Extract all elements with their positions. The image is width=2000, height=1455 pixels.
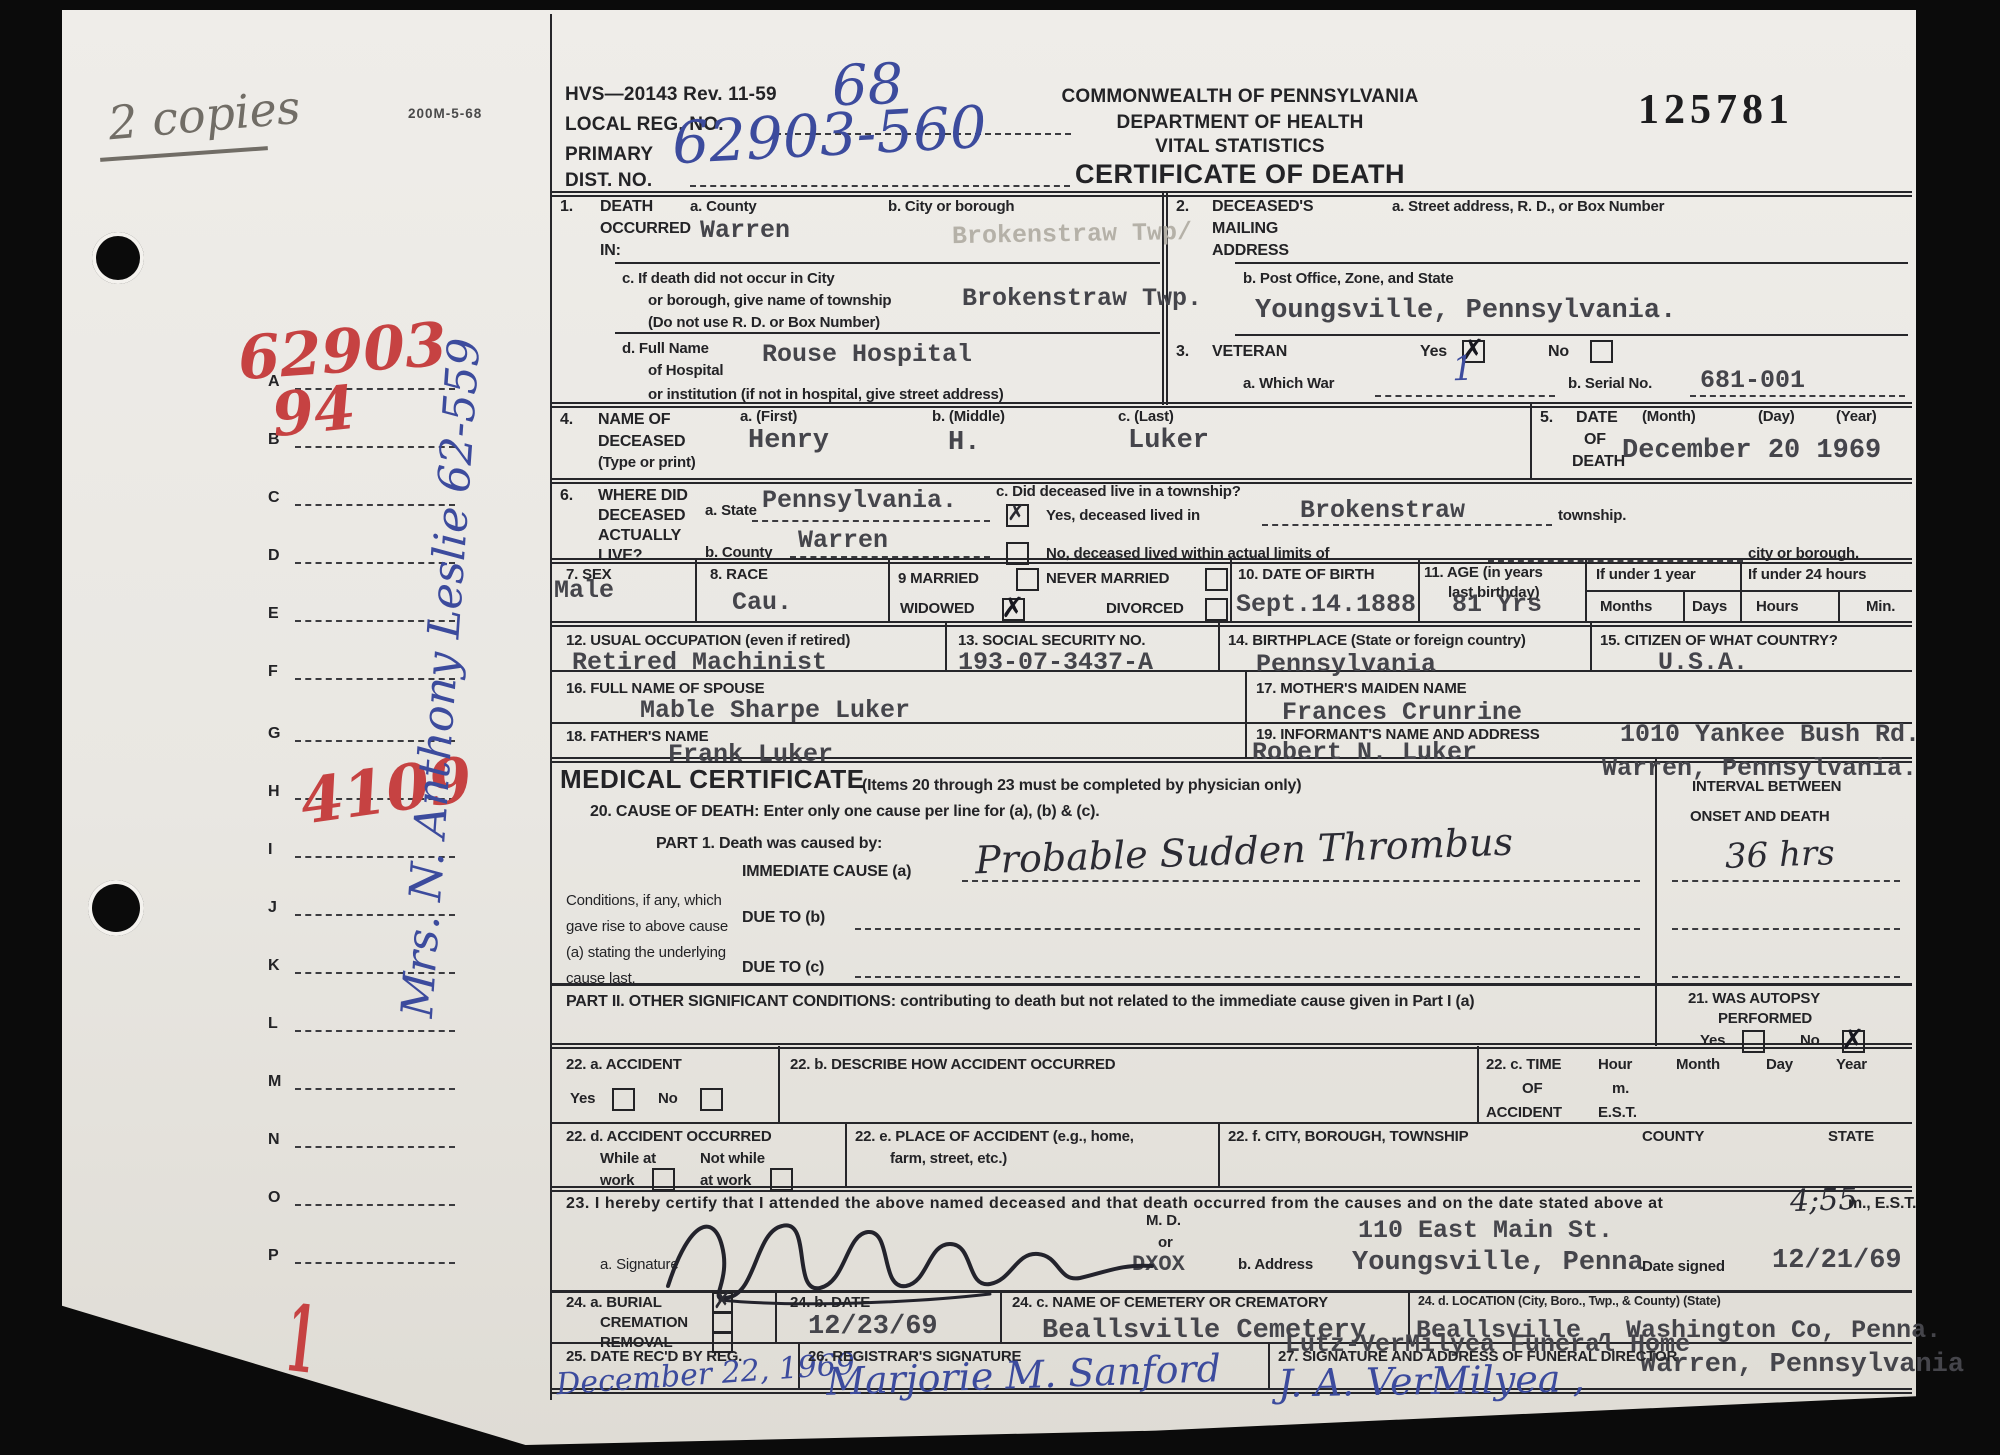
s11-under1yr-label: If under 1 year bbox=[1596, 566, 1696, 584]
index-letter-i: I bbox=[268, 840, 272, 859]
divider bbox=[845, 1122, 847, 1186]
s22a-label: 22. a. ACCIDENT bbox=[566, 1056, 682, 1074]
s22d-atwork-checkbox[interactable] bbox=[770, 1168, 793, 1191]
s20-due-c-line bbox=[855, 976, 1640, 978]
s1c-label-1: c. If death did not occur in City bbox=[622, 270, 835, 288]
s6c-no-checkbox[interactable] bbox=[1006, 542, 1029, 565]
s2-number: 2. bbox=[1176, 197, 1189, 216]
s4a-label: a. (First) bbox=[740, 408, 797, 426]
s20-interval-line-b bbox=[1672, 928, 1900, 930]
index-letter-n: N bbox=[268, 1130, 279, 1149]
s10-label: 10. DATE OF BIRTH bbox=[1238, 566, 1374, 584]
divider bbox=[550, 983, 1912, 986]
medical-subtitle: (Items 20 through 23 must be completed b… bbox=[862, 776, 1301, 795]
s24c-label: 24. c. NAME OF CEMETERY OR CREMATORY bbox=[1012, 1294, 1328, 1312]
s10-value: Sept.14.1888 bbox=[1236, 592, 1416, 617]
s3-war-line bbox=[1375, 395, 1555, 397]
index-letter-l: L bbox=[268, 1014, 278, 1033]
s3-label: VETERAN bbox=[1212, 342, 1287, 361]
s8-value: Cau. bbox=[732, 590, 792, 615]
s6-label-1: WHERE DID bbox=[598, 486, 688, 505]
divider bbox=[1838, 590, 1840, 623]
s1b-faint-stamp: Brokenstraw Twp/ bbox=[952, 220, 1192, 249]
s23-date-signed-label: Date signed bbox=[1642, 1258, 1725, 1276]
divider bbox=[615, 332, 1160, 334]
s6c-yes-value: Brokenstraw bbox=[1300, 498, 1465, 523]
margin-red-number-b: 94 bbox=[269, 378, 358, 446]
index-letter-o: O bbox=[268, 1188, 280, 1207]
s22e-label-2: farm, street, etc.) bbox=[890, 1150, 1007, 1168]
s6a-label: a. State bbox=[705, 502, 757, 520]
index-letter-j: J bbox=[268, 898, 277, 917]
divider bbox=[550, 1388, 1912, 1394]
s22c-est-label: E.S.T. bbox=[1598, 1104, 1637, 1122]
s3-war-label: a. Which War bbox=[1243, 375, 1334, 393]
s4-number: 4. bbox=[560, 410, 573, 429]
s6-label-2: DECEASED bbox=[598, 506, 685, 525]
s1-label-3: IN: bbox=[600, 241, 621, 260]
s1c-value: Brokenstraw Twp. bbox=[962, 286, 1202, 311]
s6c-township-label: township. bbox=[1558, 507, 1626, 525]
s22c-year-label: Year bbox=[1836, 1056, 1867, 1074]
s6c-no-line bbox=[1488, 560, 1743, 562]
s20-label: 20. CAUSE OF DEATH: Enter only one cause… bbox=[590, 802, 1100, 821]
s20-immediate-label: IMMEDIATE CAUSE (a) bbox=[742, 862, 911, 881]
divider bbox=[550, 621, 1912, 627]
divider bbox=[1268, 1342, 1270, 1390]
s6b-line bbox=[790, 556, 990, 558]
index-line bbox=[295, 1030, 455, 1032]
department-line: DEPARTMENT OF HEALTH bbox=[1116, 112, 1363, 135]
dist-no-label: DIST. NO. bbox=[565, 170, 652, 193]
s20-due-c-label: DUE TO (c) bbox=[742, 958, 824, 977]
s9-married-label: 9 MARRIED bbox=[898, 570, 979, 588]
divider bbox=[1218, 623, 1220, 670]
index-line bbox=[295, 1088, 455, 1090]
stub-divider bbox=[550, 14, 552, 1400]
s2a-label: a. Street address, R. D., or Box Number bbox=[1392, 198, 1664, 216]
s1d-label-2: of Hospital bbox=[648, 362, 723, 380]
s4-label-3: (Type or print) bbox=[598, 454, 696, 472]
s9-married-checkbox[interactable] bbox=[1016, 568, 1039, 591]
divider bbox=[1530, 402, 1532, 480]
s20-interval-line-c bbox=[1672, 976, 1900, 978]
funeral-city-typed: Warren, Pennsylvania bbox=[1640, 1352, 1964, 1379]
s1b-label: b. City or borough bbox=[888, 198, 1014, 216]
index-letter-k: K bbox=[268, 956, 279, 975]
divider bbox=[945, 623, 947, 670]
divider bbox=[1683, 590, 1685, 623]
s22a-no-checkbox[interactable] bbox=[700, 1088, 723, 1111]
index-letter-h: H bbox=[268, 782, 279, 801]
medical-title: MEDICAL CERTIFICATE bbox=[560, 764, 865, 795]
s2-label-2: MAILING bbox=[1212, 219, 1278, 238]
s6c-label: c. Did deceased live in a township? bbox=[996, 483, 1241, 501]
s20-conditions-3: (a) stating the underlying bbox=[566, 944, 726, 962]
s2-label-1: DECEASED'S bbox=[1212, 197, 1313, 216]
s6-label-3: ACTUALLY bbox=[598, 526, 681, 545]
s22c-label-2: OF bbox=[1522, 1080, 1542, 1098]
s16-value: Mable Sharpe Luker bbox=[640, 698, 910, 723]
s1d-label-3: or institution (if not in hospital, give… bbox=[648, 386, 1004, 404]
divider bbox=[1590, 623, 1592, 670]
divider bbox=[1418, 560, 1420, 623]
s4-label-2: DECEASED bbox=[598, 432, 685, 451]
s6-number: 6. bbox=[560, 486, 573, 505]
divider bbox=[888, 560, 890, 623]
s21-yes-checkbox[interactable] bbox=[1742, 1030, 1765, 1053]
s22d-notwhile-label: Not while bbox=[700, 1150, 765, 1168]
s1c-label-2: or borough, give name of township bbox=[648, 292, 891, 310]
s3-number: 3. bbox=[1176, 342, 1189, 361]
s8-label: 8. RACE bbox=[710, 566, 768, 584]
s22d-work-label: work bbox=[600, 1172, 634, 1190]
divider bbox=[1477, 1046, 1479, 1122]
s9-never-married-checkbox[interactable] bbox=[1205, 568, 1228, 591]
s19-address-1: 1010 Yankee Bush Rd. bbox=[1620, 722, 1920, 747]
s5-label-1: DATE bbox=[1576, 408, 1618, 427]
s22c-month-label: Month bbox=[1676, 1056, 1720, 1074]
s3-serial-line bbox=[1690, 395, 1905, 397]
s20-due-b-line bbox=[855, 928, 1640, 930]
s14-value: Pennsylvania bbox=[1256, 652, 1436, 677]
s23-time-suffix: m., E.S.T. bbox=[1848, 1194, 1916, 1213]
s4c-value: Luker bbox=[1128, 428, 1209, 455]
physician-signature-scribble bbox=[660, 1202, 1160, 1307]
s1a-value: Warren bbox=[700, 218, 790, 243]
s4b-label: b. (Middle) bbox=[932, 408, 1005, 426]
s24-burial-label: 24. a. BURIAL bbox=[566, 1294, 662, 1312]
s11-under24h-label: If under 24 hours bbox=[1748, 566, 1866, 584]
s21-label-1: 21. WAS AUTOPSY bbox=[1688, 990, 1820, 1008]
s9-widowed-checkbox[interactable] bbox=[1002, 598, 1025, 621]
divider bbox=[695, 560, 697, 623]
index-line bbox=[295, 1262, 455, 1264]
s6-label-4: LIVE? bbox=[598, 546, 642, 565]
s6a-value: Pennsylvania. bbox=[762, 488, 957, 513]
s23-address-typed-2: Youngsville, Penna bbox=[1352, 1250, 1644, 1277]
s22a-yes-label: Yes bbox=[570, 1090, 595, 1108]
s9-divorced-checkbox[interactable] bbox=[1205, 598, 1228, 621]
s4a-value: Henry bbox=[748, 428, 829, 455]
s22f-label: 22. f. CITY, BOROUGH, TOWNSHIP bbox=[1228, 1128, 1468, 1146]
punch-hole-bottom bbox=[88, 880, 144, 936]
s4c-label: c. (Last) bbox=[1118, 408, 1174, 426]
s3-no-label: No bbox=[1548, 342, 1569, 361]
s24-cremation-label: CREMATION bbox=[600, 1314, 688, 1332]
divider bbox=[615, 262, 1160, 264]
index-letter-m: M bbox=[268, 1072, 281, 1091]
index-letter-g: G bbox=[268, 724, 280, 743]
s5-value: December 20 1969 bbox=[1622, 438, 1881, 465]
divider bbox=[1230, 560, 1232, 623]
s22f-state-label: STATE bbox=[1828, 1128, 1874, 1146]
s20-conditions-4: cause last. bbox=[566, 970, 636, 988]
s21-label-2: PERFORMED bbox=[1718, 1010, 1812, 1028]
s11-min-label: Min. bbox=[1866, 598, 1895, 616]
s1-label-1: DEATH bbox=[600, 197, 653, 216]
s5-label-3: DEATH bbox=[1572, 452, 1625, 471]
s6c-yes-text: Yes, deceased lived in bbox=[1046, 507, 1200, 525]
s5-year-label: (Year) bbox=[1836, 408, 1877, 426]
s23-address-typed-1: 110 East Main St. bbox=[1358, 1218, 1613, 1243]
s12-value: Retired Machinist bbox=[572, 650, 827, 675]
s11-days-label: Days bbox=[1692, 598, 1727, 616]
index-letter-e: E bbox=[268, 604, 278, 623]
divider bbox=[778, 1046, 780, 1122]
s3-no-checkbox[interactable] bbox=[1590, 340, 1613, 363]
certificate-number-stamp: 125781 bbox=[1638, 86, 1794, 134]
punch-hole-top bbox=[92, 232, 144, 284]
interval-label-1: INTERVAL BETWEEN bbox=[1692, 778, 1841, 796]
s22a-no-label: No bbox=[658, 1090, 678, 1108]
s2b-label: b. Post Office, Zone, and State bbox=[1243, 270, 1454, 288]
s23-or-label: or bbox=[1158, 1234, 1173, 1252]
divider bbox=[1245, 670, 1247, 758]
primary-dist-value: 62903-560 bbox=[671, 98, 988, 172]
divider bbox=[1235, 262, 1908, 264]
s4b-value: H. bbox=[948, 430, 980, 457]
divider bbox=[1655, 757, 1657, 1046]
s21-no-checkbox[interactable] bbox=[1842, 1030, 1865, 1053]
s21-no-label: No bbox=[1800, 1032, 1820, 1050]
s6c-no-text: No, deceased lived within actual limits … bbox=[1046, 545, 1329, 563]
s3-yes-label: Yes bbox=[1420, 342, 1447, 361]
s6c-city-borough-label: city or borough. bbox=[1748, 545, 1859, 563]
s19-value: Robert N. Luker bbox=[1252, 740, 1477, 765]
s20-conditions-2: gave rise to above cause bbox=[566, 918, 728, 936]
vital-statistics-line: VITAL STATISTICS bbox=[1155, 136, 1325, 159]
s17-value: Frances Crunrine bbox=[1282, 700, 1522, 725]
s22d-atwork-label: at work bbox=[700, 1172, 751, 1190]
primary-label: PRIMARY bbox=[565, 144, 653, 167]
s9-divorced-label: DIVORCED bbox=[1106, 600, 1184, 618]
s22d-while-label: While at bbox=[600, 1150, 656, 1168]
margin-red-tally: 1 bbox=[286, 1292, 317, 1387]
dist-no-line bbox=[690, 185, 1070, 187]
s4-label-1: NAME OF bbox=[598, 410, 670, 429]
index-letter-p: P bbox=[268, 1246, 278, 1265]
commonwealth-line: COMMONWEALTH OF PENNSYLVANIA bbox=[1061, 86, 1418, 109]
s20-part2-label: PART II. OTHER SIGNIFICANT CONDITIONS: c… bbox=[566, 992, 1474, 1011]
index-line bbox=[295, 1204, 455, 1206]
s9-never-married-label: NEVER MARRIED bbox=[1046, 570, 1169, 588]
s2b-value: Youngsville, Pennsylvania. bbox=[1255, 298, 1676, 325]
s23-address-label: b. Address bbox=[1238, 1256, 1313, 1274]
s3-war-value: 1 bbox=[1451, 352, 1474, 387]
s22f-county-label: COUNTY bbox=[1642, 1128, 1704, 1146]
s6a-line bbox=[752, 520, 990, 522]
s24-burial-checkbox[interactable] bbox=[712, 1292, 733, 1313]
s5-label-2: OF bbox=[1584, 430, 1606, 449]
s17-label: 17. MOTHER'S MAIDEN NAME bbox=[1256, 680, 1466, 698]
s3-serial-value: 681-001 bbox=[1700, 368, 1805, 393]
s1-number: 1. bbox=[560, 197, 573, 216]
s11-hours-label: Hours bbox=[1756, 598, 1798, 616]
s27-signature-handwritten: J. A. VerMilyea , bbox=[1278, 1359, 1585, 1402]
index-line bbox=[295, 1146, 455, 1148]
s22c-m-label: m. bbox=[1612, 1080, 1629, 1098]
s20-immediate-line bbox=[962, 880, 1640, 882]
s22c-hour-label: Hour bbox=[1598, 1056, 1632, 1074]
print-code: 200M-5-68 bbox=[408, 106, 482, 122]
s2-label-3: ADDRESS bbox=[1212, 241, 1289, 260]
index-letter-c: C bbox=[268, 488, 279, 507]
s22d-label: 22. d. ACCIDENT OCCURRED bbox=[566, 1128, 772, 1146]
divider bbox=[1585, 590, 1912, 592]
divider bbox=[550, 1186, 1912, 1192]
s1d-label-1: d. Full Name bbox=[622, 340, 709, 358]
s9-widowed-label: WIDOWED bbox=[900, 600, 974, 618]
death-certificate-scan: 2 copies 200M-5-68 A B C D E F G H I J K… bbox=[0, 0, 2000, 1455]
s1-label-2: OCCURRED bbox=[600, 219, 691, 238]
s11-value: 81 Yrs bbox=[1452, 592, 1542, 617]
s24b-value: 12/23/69 bbox=[808, 1314, 938, 1341]
s20-part1-label: PART 1. Death was caused by: bbox=[656, 834, 882, 853]
s13-value: 193-07-3437-A bbox=[958, 650, 1153, 675]
s3-serial-label: b. Serial No. bbox=[1568, 375, 1652, 393]
divider bbox=[550, 1122, 1912, 1124]
s20-due-b-label: DUE TO (b) bbox=[742, 908, 825, 927]
s5-day-label: (Day) bbox=[1758, 408, 1795, 426]
index-letter-f: F bbox=[268, 662, 278, 681]
s24-cremation-checkbox[interactable] bbox=[712, 1312, 733, 1333]
s1d-value: Rouse Hospital bbox=[762, 342, 972, 367]
s22a-yes-checkbox[interactable] bbox=[612, 1088, 635, 1111]
s21-yes-label: Yes bbox=[1700, 1032, 1725, 1050]
interval-label-2: ONSET AND DEATH bbox=[1690, 808, 1830, 826]
index-letter-d: D bbox=[268, 546, 279, 565]
s20-conditions-1: Conditions, if any, which bbox=[566, 892, 722, 910]
s5-month-label: (Month) bbox=[1642, 408, 1696, 426]
s1c-label-3: (Do not use R. D. or Box Number) bbox=[648, 314, 880, 332]
form-code: HVS—20143 Rev. 11-59 bbox=[565, 84, 777, 107]
s23-date-signed-value: 12/21/69 bbox=[1772, 1248, 1902, 1275]
divider bbox=[1235, 334, 1908, 336]
s1a-label: a. County bbox=[690, 198, 757, 216]
s11-months-label: Months bbox=[1600, 598, 1652, 616]
s15-value: U.S.A. bbox=[1658, 650, 1748, 675]
s6c-yes-checkbox[interactable] bbox=[1006, 504, 1029, 527]
s24d-label: 24. d. LOCATION (City, Boro., Twp., & Co… bbox=[1418, 1294, 1721, 1309]
s22c-day-label: Day bbox=[1766, 1056, 1793, 1074]
s22e-label-1: 22. e. PLACE OF ACCIDENT (e.g., home, bbox=[855, 1128, 1134, 1146]
s22d-work-checkbox[interactable] bbox=[652, 1168, 675, 1191]
s14-label: 14. BIRTHPLACE (State or foreign country… bbox=[1228, 632, 1526, 650]
s20-interval-value: 36 hrs bbox=[1724, 836, 1835, 874]
divider bbox=[1218, 1122, 1220, 1186]
s6b-value: Warren bbox=[798, 528, 888, 553]
s20-interval-line-a bbox=[1672, 880, 1900, 882]
s22c-label-3: ACCIDENT bbox=[1486, 1104, 1562, 1122]
s22c-label-1: 22. c. TIME bbox=[1486, 1056, 1561, 1074]
s24b-label: 24. b. DATE bbox=[790, 1294, 870, 1312]
s11-label-1: 11. AGE (in years bbox=[1424, 564, 1543, 582]
s22b-label: 22. b. DESCRIBE HOW ACCIDENT OCCURRED bbox=[790, 1056, 1115, 1074]
s6b-label: b. County bbox=[705, 544, 772, 562]
certificate-title: CERTIFICATE OF DEATH bbox=[1075, 158, 1405, 190]
s7-value: Male bbox=[554, 578, 614, 603]
s5-number: 5. bbox=[1540, 408, 1553, 427]
